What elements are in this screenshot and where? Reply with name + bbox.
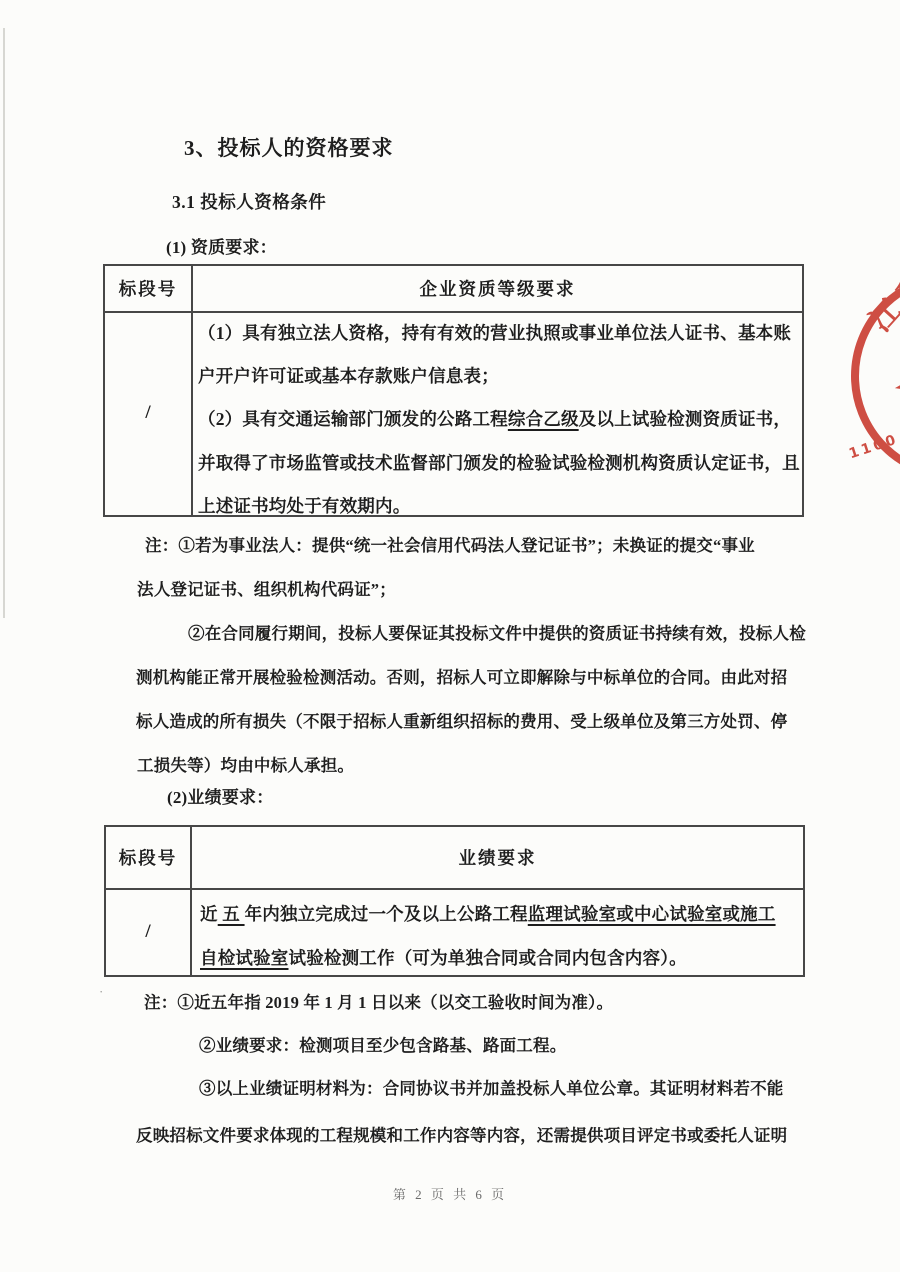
- text-segment: （2）具有交通运输部门颁发的公路工程: [198, 409, 508, 429]
- perf-note-line: ②业绩要求：检测项目至少包含路基、路面工程。: [199, 1036, 566, 1057]
- perf-note-line: 注：①近五年指 2019 年 1 月 1 日以来（以交工验收时间为准）。: [144, 993, 613, 1014]
- qualification-label: (1) 资质要求：: [166, 237, 277, 258]
- qual-note-line: 标人造成的所有损失（不限于招标人重新组织招标的费用、受上级单位及第三方处罚、停: [136, 712, 787, 733]
- subsection-title: 3.1 投标人资格条件: [172, 192, 326, 214]
- qual-col2-header: 企业资质等级要求: [191, 266, 804, 311]
- table-header-divider: [106, 888, 803, 890]
- qual-note-line: 测机构能正常开展检验检测活动。否则，招标人可立即解除与中标单位的合同。由此对招: [136, 668, 787, 689]
- perf-col1-header: 标段号: [106, 827, 190, 888]
- qual-note-line: 注：①若为事业法人：提供“统一社会信用代码法人登记证书”；未换证的提交“事业: [145, 536, 755, 557]
- qual-requirement-line: 上述证书均处于有效期内。: [198, 493, 410, 518]
- perf-col2-header: 业绩要求: [190, 827, 805, 888]
- qual-note-line: 法人登记证书、组织机构代码证”；: [137, 580, 396, 601]
- qual-note-line: 工损失等）均由中标人承担。: [137, 756, 354, 777]
- text-segment: 年内独立完成过一个及以上公路工程: [245, 904, 528, 924]
- qual-requirement-line: （2）具有交通运输部门颁发的公路工程综合乙级及以上试验检测资质证书，: [198, 406, 791, 431]
- perf-section-number-cell: /: [106, 888, 190, 975]
- underlined-text: 综合乙级: [508, 409, 579, 429]
- text-segment: 上述证书均处于有效期内。: [198, 496, 410, 516]
- scan-artifact-dot: ·: [99, 984, 103, 1000]
- text-segment: 近: [200, 904, 218, 924]
- qual-requirement-line: 户开户许可证或基本存款账户信息表；: [198, 363, 499, 388]
- qual-note-line: ②在合同履行期间，投标人要保证其投标文件中提供的资质证书持续有效，投标人检: [188, 624, 806, 645]
- text-segment: 并取得了市场监管或技术监督部门颁发的检验试验检测机构资质认定证书，且: [198, 453, 800, 473]
- text-segment: 试验检测工作（可为单独合同或合同内包含内容）。: [289, 948, 687, 968]
- underlined-text: 五: [218, 904, 245, 924]
- qual-requirement-line: （1）具有独立法人资格，持有有效的营业执照或事业单位法人证书、基本账: [198, 320, 791, 345]
- qual-col1-header: 标段号: [105, 266, 191, 311]
- perf-requirement-line: 自检试验室试验检测工作（可为单独合同或合同内包含内容）。: [200, 945, 687, 970]
- text-segment: （1）具有独立法人资格，持有有效的营业执照或事业单位法人证书、基本账: [198, 323, 791, 343]
- scan-edge-line: [3, 28, 5, 618]
- table-header-divider: [105, 311, 802, 313]
- underlined-text: 监理试验室或中心试验室或施工: [528, 904, 776, 924]
- page-number: 第 2 页 共 6 页: [0, 1184, 900, 1203]
- perf-note-line: 反映招标文件要求体现的工程规模和工作内容等内容，还需提供项目评定书或委托人证明: [136, 1126, 787, 1147]
- section-title: 3、投标人的资格要求: [184, 135, 394, 161]
- qual-requirement-line: 并取得了市场监管或技术监督部门颁发的检验试验检测机构资质认定证书，且: [198, 450, 800, 475]
- text-segment: 及以上试验检测资质证书，: [579, 409, 791, 429]
- performance-label: (2)业绩要求：: [167, 787, 273, 808]
- perf-requirement-line: 近 五 年内独立完成过一个及以上公路工程监理试验室或中心试验室或施工: [200, 901, 776, 926]
- document-page: 3、投标人的资格要求 3.1 投标人资格条件 (1) 资质要求： 标段号 企业资…: [0, 0, 900, 1272]
- red-seal-stamp: 江 程 1100: [840, 256, 900, 506]
- underlined-text: 自检试验室: [200, 948, 289, 968]
- perf-note-line: ③以上业绩证明材料为：合同协议书并加盖投标人单位公章。其证明材料若不能: [199, 1079, 784, 1100]
- qual-section-number-cell: /: [105, 311, 191, 515]
- performance-table: 标段号 业绩要求 / 近 五 年内独立完成过一个及以上公路工程监理试验室或中心试…: [104, 825, 805, 977]
- text-segment: 户开户许可证或基本存款账户信息表；: [198, 366, 499, 386]
- qualification-table: 标段号 企业资质等级要求 / （1）具有独立法人资格，持有有效的营业执照或事业单…: [103, 264, 804, 517]
